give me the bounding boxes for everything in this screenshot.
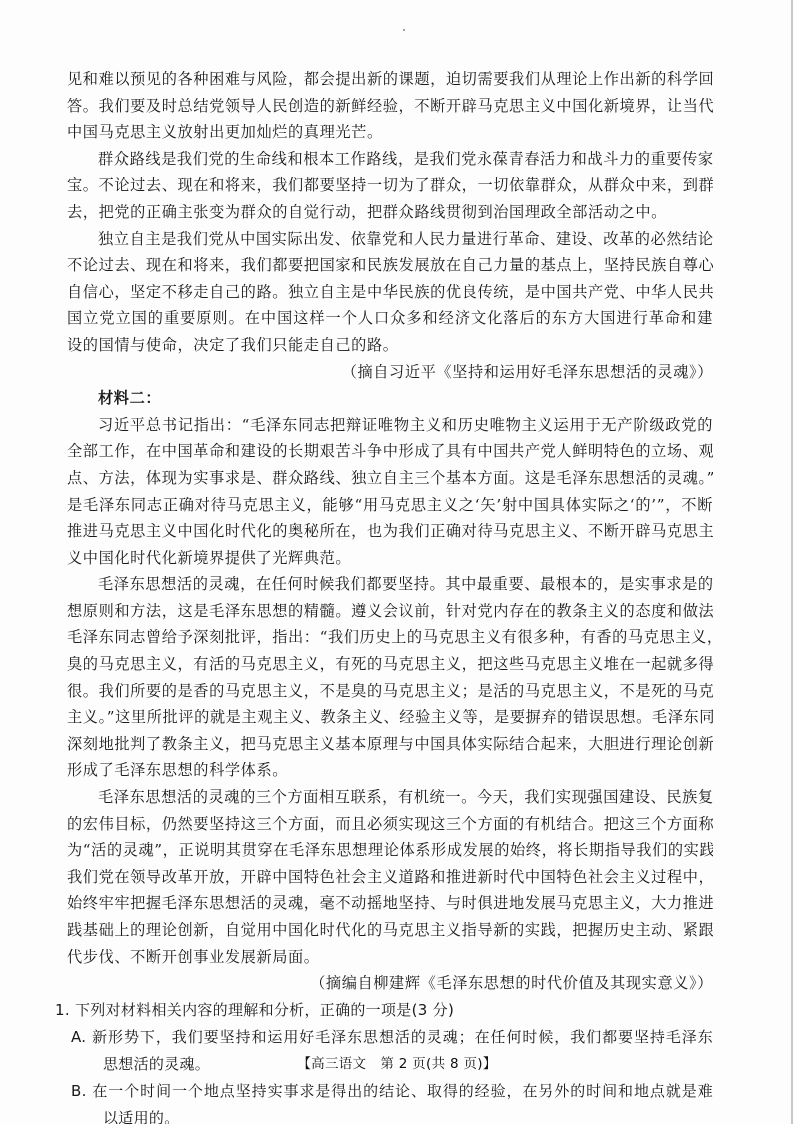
text-line: 不论过去、现在和将来，我们都要把国家和民族发展放在自己力量的基点上，坚持民族自尊…	[67, 252, 713, 279]
material-two-heading: 材料二：	[67, 385, 713, 412]
text-line: 国立党立国的重要原则。在中国这样一个人口众多和经济文化落后的东方大国进行革命和建	[67, 305, 713, 332]
text-line: 全部工作，在中国革命和建设的长期艰苦斗争中形成了具有中国共产党人鲜明特色的立场、…	[67, 438, 713, 465]
text-line: 中国马克思主义放射出更加灿烂的真理光芒。	[67, 119, 713, 146]
text-line: 深刻地批判了教条主义，把马克思主义基本原理与中国具体实际结合起来，大胆进行理论创…	[67, 731, 713, 758]
text-line: 臭的马克思主义，有活的马克思主义，有死的马克思主义，把这些马克思主义堆在一起就多…	[67, 651, 713, 678]
page-content: 见和难以预见的各种困难与风险，都会提出新的课题，迫切需要我们从理论上作出新的科学…	[67, 66, 713, 1124]
text-line: 设的国情与使命，决定了我们只能走自己的路。	[67, 332, 713, 359]
page-footer: 【高三语文第 2 页(共 8 页)】	[0, 1052, 794, 1072]
text-line: 形成了毛泽东思想的科学体系。	[67, 757, 713, 784]
option-b-line: 以适用的。	[67, 1105, 713, 1124]
text-line: 始终牢牢把握毛泽东思想活的灵魂，毫不动摇地坚持、与时俱进地发展马克思主义，大力推…	[67, 890, 713, 917]
text-line: 去，把党的正确主张变为群众的自觉行动，把群众路线贯彻到治国理政全部活动之中。	[67, 199, 713, 226]
text-line: 答。我们要及时总结党领导人民创造的新鲜经验，不断开辟马克思主义中国化新境界，让当…	[67, 93, 713, 120]
text-line: 毛泽东思想活的灵魂的三个方面相互联系，有机统一。今天，我们实现强国建设、民族复兴	[67, 784, 713, 811]
question-stem: 1. 下列对材料相关内容的理解和分析，正确的一项是(3 分)	[55, 997, 713, 1024]
material-two-paragraph-2: 毛泽东思想活的灵魂，在任何时候我们都要坚持。其中最重要、最根本的，是实事求是的思…	[67, 571, 713, 784]
page-edge-line	[791, 0, 793, 1124]
text-line: 宝。不论过去、现在和将来，我们都要坚持一切为了群众，一切依靠群众，从群众中来，到…	[67, 172, 713, 199]
material-one-paragraph-1: 见和难以预见的各种困难与风险，都会提出新的课题，迫切需要我们从理论上作出新的科学…	[67, 66, 713, 146]
footer-subject: 【高三语文	[297, 1056, 366, 1072]
option-b-line: B. 在一个时间一个地点坚持实事求是得出的结论、取得的经验，在另外的时间和地点就…	[67, 1078, 713, 1105]
text-line: 代步伐、不断开创事业发展新局面。	[67, 944, 713, 971]
text-line: 点、方法，体现为实事求是、群众路线、独立自主三个基本方面。这是毛泽东思想活的灵魂…	[67, 465, 713, 492]
text-line: 独立自主是我们党从中国实际出发、依靠党和人民力量进行革命、建设、改革的必然结论。	[67, 226, 713, 253]
text-line: 践基础上的理论创新，自觉用中国化时代化的马克思主义指导新的实践，把握历史主动、紧…	[67, 917, 713, 944]
material-one-source: （摘自习近平《坚持和运用好毛泽东思想活的灵魂》）	[67, 359, 713, 386]
text-line: 是毛泽东同志正确对待马克思主义，能够“用马克思主义之‘矢’射中国具体实际之‘的’…	[67, 492, 713, 519]
footer-page-number: 第 2 页(共 8 页)】	[380, 1056, 496, 1072]
text-line: 很。我们所要的是香的马克思主义，不是臭的马克思主义；是活的马克思主义，不是死的马…	[67, 678, 713, 705]
material-two-source: （摘编自柳建辉《毛泽东思想的时代价值及其现实意义》）	[67, 970, 713, 997]
exam-page: 见和难以预见的各种困难与风险，都会提出新的课题，迫切需要我们从理论上作出新的科学…	[0, 0, 794, 1124]
text-line: 为“活的灵魂”，正说明其贯穿在毛泽东思想理论体系形成发展的始终，将长期指导我们的…	[67, 837, 713, 864]
text-line: 义中国化时代化新境界提供了光辉典范。	[67, 545, 713, 572]
material-two-paragraph-1: 习近平总书记指出：“毛泽东同志把辩证唯物主义和历史唯物主义运用于无产阶级政党的 …	[67, 412, 713, 572]
text-line: 见和难以预见的各种困难与风险，都会提出新的课题，迫切需要我们从理论上作出新的科学…	[67, 66, 713, 93]
text-line: 我们党在领导改革开放，开辟中国特色社会主义道路和推进新时代中国特色社会主义过程中…	[67, 864, 713, 891]
text-line: 推进马克思主义中国化时代化的奥秘所在，也为我们正确对待马克思主义、不断开辟马克思…	[67, 518, 713, 545]
option-a-line: A. 新形势下，我们要坚持和运用好毛泽东思想活的灵魂；在任何时候，我们都要坚持毛…	[67, 1024, 713, 1051]
text-line: 自信心，坚定不移走自己的路。独立自主是中华民族的优良传统，是中国共产党、中华人民…	[67, 279, 713, 306]
text-line: 毛泽东同志曾给予深刻批评，指出：“我们历史上的马克思主义有很多种，有香的马克思主…	[67, 624, 713, 651]
text-line: 群众路线是我们党的生命线和根本工作路线，是我们党永葆青春活力和战斗力的重要传家	[67, 146, 713, 173]
material-two-paragraph-3: 毛泽东思想活的灵魂的三个方面相互联系，有机统一。今天，我们实现强国建设、民族复兴…	[67, 784, 713, 970]
scan-speck	[403, 29, 405, 31]
text-line: 主义。”这里所批评的就是主观主义、教条主义、经验主义等，是要摒弃的错误思想。毛泽…	[67, 704, 713, 731]
text-line: 毛泽东思想活的灵魂，在任何时候我们都要坚持。其中最重要、最根本的，是实事求是的思	[67, 571, 713, 598]
material-one-paragraph-3: 独立自主是我们党从中国实际出发、依靠党和人民力量进行革命、建设、改革的必然结论。…	[67, 226, 713, 359]
text-line: 的宏伟目标，仍然要坚持这三个方面，而且必须实现这三个方面的有机结合。把这三个方面…	[67, 811, 713, 838]
material-one-paragraph-2: 群众路线是我们党的生命线和根本工作路线，是我们党永葆青春活力和战斗力的重要传家 …	[67, 146, 713, 226]
text-line: 习近平总书记指出：“毛泽东同志把辩证唯物主义和历史唯物主义运用于无产阶级政党的	[67, 412, 713, 439]
text-line: 想原则和方法，这是毛泽东思想的精髓。遵义会议前，针对党内存在的教条主义的态度和做…	[67, 598, 713, 625]
option-b[interactable]: B. 在一个时间一个地点坚持实事求是得出的结论、取得的经验，在另外的时间和地点就…	[67, 1078, 713, 1124]
